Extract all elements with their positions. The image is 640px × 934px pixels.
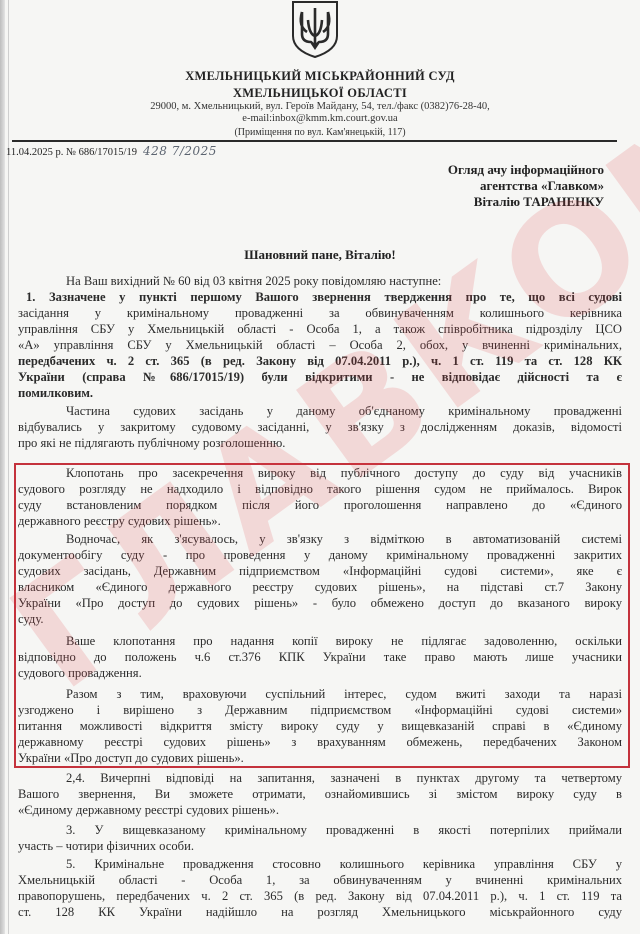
ukraine-trident-icon: [289, 0, 341, 58]
body-line: Ваше клопотання про надання копії вироку…: [18, 633, 622, 649]
body-line: про які не підлягають публічному розголо…: [18, 435, 622, 451]
body-line: суду встановленим порядком після його пр…: [18, 497, 622, 513]
body-line: питання можливості відкриття змісту виро…: [18, 718, 622, 734]
body-line: відбувались у закритому судовому засідан…: [18, 419, 622, 435]
body-line: Разом з тим, враховуючи суспільний інтер…: [18, 686, 622, 702]
court-address: 29000, м. Хмельницький, вул. Героїв Майд…: [0, 101, 640, 112]
body-line: 1. Зазначене у пункті першому Вашого зве…: [18, 289, 622, 305]
body-line: Клопотань про засекречення вироку від пу…: [18, 465, 622, 481]
body-line: «А» управління СБУ у Хмельницькій област…: [18, 337, 622, 353]
body-line: 5. Кримінальне провадження стосовно коли…: [18, 856, 622, 872]
header-divider: [12, 140, 617, 142]
body-line: участь – чотири фізичних особи.: [18, 838, 622, 854]
addressee-line2: агентства «Главком»: [448, 178, 604, 194]
reference-line: 11.04.2025 р. № 686/17015/19428 7/2025: [6, 144, 217, 158]
body-line: відповідно до положень ч.6 ст.376 КПК Ук…: [18, 649, 622, 665]
body-line: України (справа №686/17015/19) були відк…: [18, 369, 622, 385]
court-premises: (Приміщення по вул. Кам'янецькій, 117): [0, 127, 640, 138]
addressee-line3: Віталію ТАРАНЕНКУ: [448, 194, 604, 210]
body-line: судових засідань, Державним підприємство…: [18, 563, 622, 579]
body-line: України «Про доступ до судових рішень» -…: [18, 595, 622, 611]
body-line: судового провадження.: [18, 665, 622, 681]
body-line: суду.: [18, 611, 622, 627]
body-line: 2,4. Вичерпні відповіді на запитання, за…: [18, 770, 622, 786]
court-email: e-mail:inbox@kmm.km.court.gov.ua: [0, 113, 640, 124]
body-line: ст. 128 КК України надійшло на розгляд Х…: [18, 904, 622, 920]
body-line: Вашого звернення, Ви зможете отримати, о…: [18, 786, 622, 802]
body-line: На Ваш вихідний № 60 від 03 квітня 2025 …: [18, 273, 622, 289]
addressee-block: Огляд ачу інформаційного агентства «Глав…: [448, 162, 604, 210]
body-line: правопорушень, передбачених ч. 2 ст. 365…: [18, 888, 622, 904]
court-name-line2: ХМЕЛЬНИЦЬКОЇ ОБЛАСТІ: [0, 86, 640, 101]
body-line: передбачених ч. 2 ст. 365 (в ред. Закону…: [18, 353, 622, 369]
addressee-line1: Огляд ачу інформаційного: [448, 162, 604, 178]
reference-date-number: 11.04.2025 р. № 686/17015/19: [6, 147, 137, 158]
body-line: узгоджено і вирішено з Державним підприє…: [18, 702, 622, 718]
letter-page: ХМЕЛЬНИЦЬКИЙ МІСЬКРАЙОННИЙ СУД ХМЕЛЬНИЦЬ…: [0, 0, 640, 934]
body-line: «Єдиному державному реєстрі судових ріше…: [18, 802, 622, 818]
body-line: Водночас, як з'ясувалось, у зв'язку з ві…: [18, 531, 622, 547]
body-line: Хмельницькій області - Особа 1, за обвин…: [18, 872, 622, 888]
body-line: засідання у кримінальному провадженні за…: [18, 305, 622, 321]
body-line: документообігу суду - про проведення у д…: [18, 547, 622, 563]
body-line: державному реєстрі судових рішень» з вра…: [18, 734, 622, 750]
body-line: помилковим.: [18, 385, 622, 401]
body-line: 3. У вищевказаному кримінальному провадж…: [18, 822, 622, 838]
body-line: власником «Єдиного державного реєстру су…: [18, 579, 622, 595]
body-line: державного реєстру судових рішень».: [18, 513, 622, 529]
body-line: управління СБУ у Хмельницькій області - …: [18, 321, 622, 337]
body-line: Частина судових засідань у даному об'єдн…: [18, 403, 622, 419]
body-line: судового розгляду не надходило і відпові…: [18, 481, 622, 497]
handwritten-registration: 428 7/2025: [143, 144, 217, 158]
greeting: Шановний пане, Віталію!: [0, 247, 640, 263]
court-name-line1: ХМЕЛЬНИЦЬКИЙ МІСЬКРАЙОННИЙ СУД: [0, 69, 640, 84]
body-line: України «Про доступ до судових рішень».: [18, 750, 622, 766]
